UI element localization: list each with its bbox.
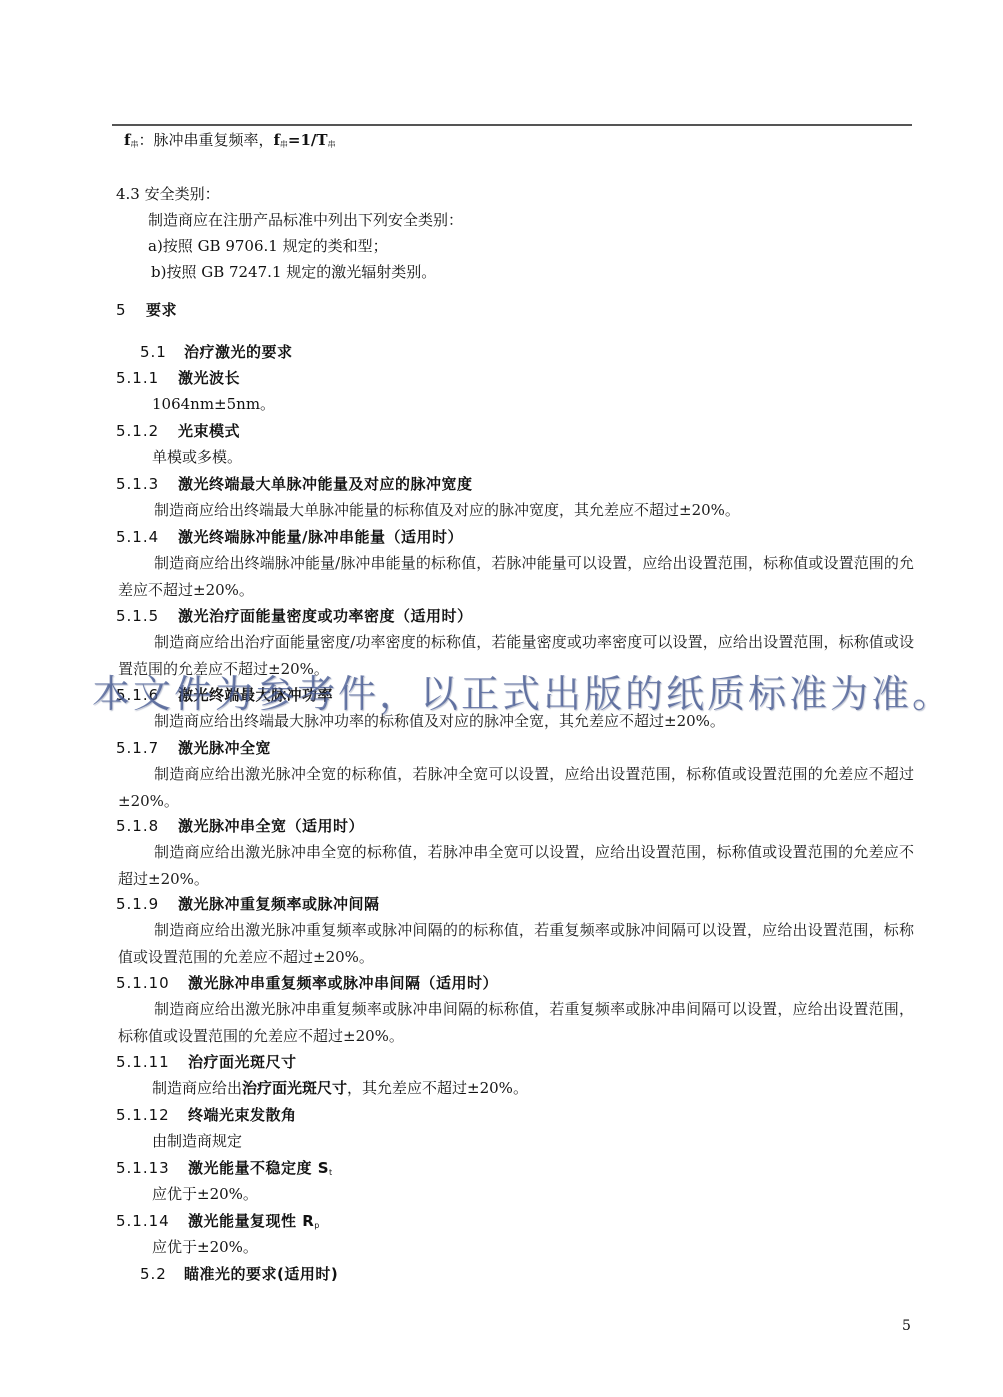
subsection-5-1-2-heading: 5.1.2光束模式 xyxy=(116,421,240,441)
subsection-5-1-11-heading: 5.1.11治疗面光斑尺寸 xyxy=(116,1052,297,1072)
subsection-5-1-10-heading: 5.1.10激光脉冲串重复频率或脉冲串间隔（适用时） xyxy=(116,973,498,993)
subsection-5-1-7-heading: 5.1.7激光脉冲全宽 xyxy=(116,738,271,758)
subsection-5-1-6-body: 制造商应给出终端最大脉冲功率的标称值及对应的脉冲全宽，其允差应不超过±20%。 xyxy=(118,708,914,735)
subsection-5-1-1-body: 1064nm±5nm。 xyxy=(152,394,275,414)
subsection-5-1-3-body: 制造商应给出终端最大单脉冲能量的标称值及对应的脉冲宽度，其允差应不超过±20%。 xyxy=(118,497,914,524)
subsection-5-1-10-body: 制造商应给出激光脉冲串重复频率或脉冲串间隔的标称值，若重复频率或脉冲串间隔可以设… xyxy=(118,996,914,1050)
section-4-3-title: 4.3 安全类别： xyxy=(116,184,220,204)
section-5-1-heading: 5.1治疗激光的要求 xyxy=(140,342,293,362)
document-page: f串：脉冲串重复频率，f串=1/T串 4.3 安全类别： 制造商应在注册产品标准… xyxy=(0,0,1003,1397)
subsection-5-1-7-body: 制造商应给出激光脉冲全宽的标称值，若脉冲全宽可以设置，应给出设置范围，标称值或设… xyxy=(118,761,914,815)
subsection-5-1-8-body: 制造商应给出激光脉冲串全宽的标称值，若脉冲串全宽可以设置，应给出设置范围，标称值… xyxy=(118,839,914,893)
subsection-5-1-4-heading: 5.1.4激光终端脉冲能量/脉冲串能量（适用时） xyxy=(116,527,463,547)
header-rule xyxy=(112,124,912,126)
subsection-5-1-6-heading: 5.1.6激光终端最大脉冲功率 xyxy=(116,685,333,705)
subsection-5-1-14-body: 应优于±20%。 xyxy=(152,1237,258,1257)
formula-line: f串：脉冲串重复频率，f串=1/T串 xyxy=(124,130,336,155)
subsection-5-1-14-heading: 5.1.14激光能量复现性 Rp xyxy=(116,1211,320,1236)
subsection-5-1-5-heading: 5.1.5激光治疗面能量密度或功率密度（适用时） xyxy=(116,606,473,626)
subsection-5-1-9-body: 制造商应给出激光脉冲重复频率或脉冲间隔的的标称值，若重复频率或脉冲间隔可以设置，… xyxy=(118,917,914,971)
section-5-heading: 5要求 xyxy=(116,300,177,320)
subsection-5-1-8-heading: 5.1.8激光脉冲串全宽（适用时） xyxy=(116,816,364,836)
subsection-5-1-5-body: 制造商应给出治疗面能量密度/功率密度的标称值，若能量密度或功率密度可以设置，应给… xyxy=(118,629,914,683)
subsection-5-1-9-heading: 5.1.9激光脉冲重复频率或脉冲间隔 xyxy=(116,894,380,914)
subsection-5-1-1-heading: 5.1.1激光波长 xyxy=(116,368,240,388)
section-4-3-item-a: a)按照 GB 9706.1 规定的类和型； xyxy=(148,236,388,256)
page-number: 5 xyxy=(902,1318,911,1334)
subsection-5-1-11-body: 制造商应给出治疗面光斑尺寸，其允差应不超过±20%。 xyxy=(152,1078,528,1098)
subsection-5-1-12-heading: 5.1.12终端光束发散角 xyxy=(116,1105,297,1125)
subsection-5-1-13-body: 应优于±20%。 xyxy=(152,1184,258,1204)
subsection-5-1-13-heading: 5.1.13激光能量不稳定度 St xyxy=(116,1158,333,1183)
subsection-5-1-2-body: 单模或多模。 xyxy=(152,447,242,467)
subsection-5-1-4-body: 制造商应给出终端脉冲能量/脉冲串能量的标称值，若脉冲能量可以设置，应给出设置范围… xyxy=(118,550,914,604)
subsection-5-1-12-body: 由制造商规定 xyxy=(152,1131,242,1151)
section-4-3-intro: 制造商应在注册产品标准中列出下列安全类别： xyxy=(148,210,463,230)
section-5-2-heading: 5.2瞄准光的要求(适用时) xyxy=(140,1264,338,1284)
subsection-5-1-3-heading: 5.1.3激光终端最大单脉冲能量及对应的脉冲宽度 xyxy=(116,474,473,494)
section-4-3-item-b: b)按照 GB 7247.1 规定的激光辐射类别。 xyxy=(151,262,436,282)
